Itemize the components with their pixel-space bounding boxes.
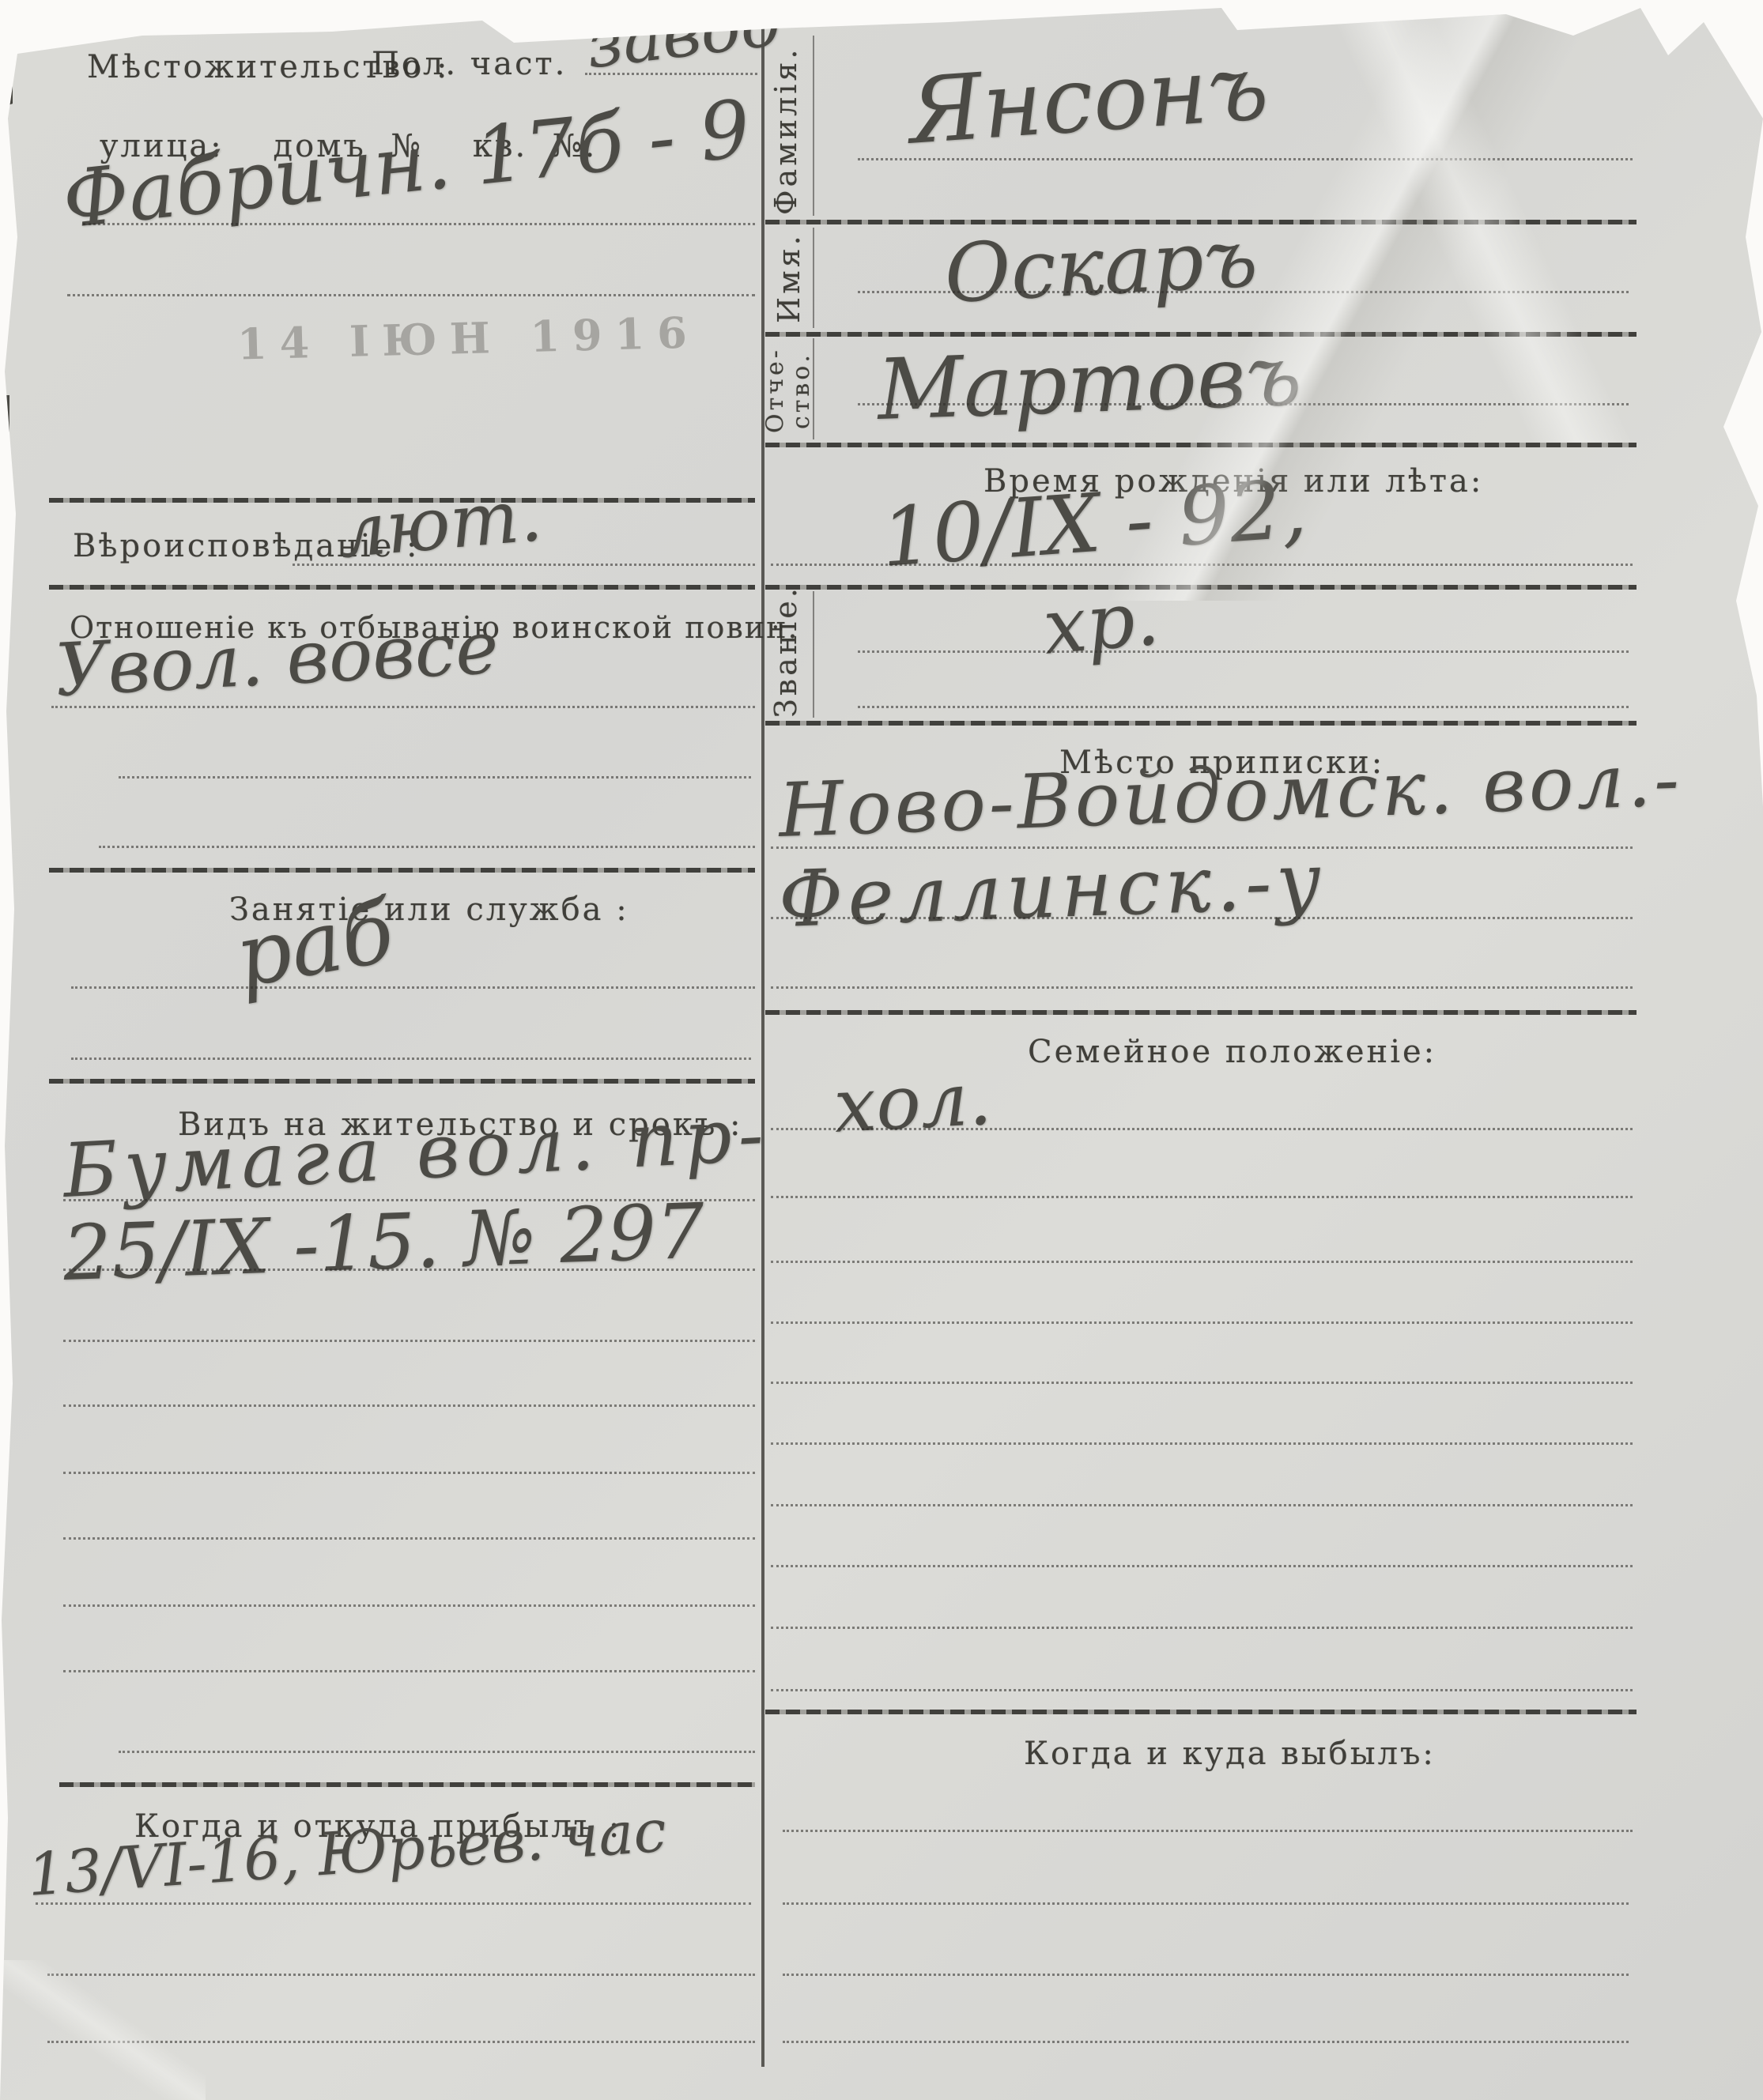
section-divider [59,1782,755,1787]
dotted-line [771,917,1633,919]
dotted-line [771,1504,1633,1506]
dotted-line [771,986,1633,989]
section-divider [765,443,1637,447]
dotted-line [585,73,757,75]
registration-card-scan: Мѣстожительство : Пол. част. завод улица… [0,0,1763,2100]
dotted-line [771,1196,1633,1198]
dotted-line [71,986,755,989]
column-divider [761,28,764,2067]
dotted-line [858,650,1629,653]
dotted-line [83,223,755,225]
label-rule [813,36,814,216]
dotted-line [63,1537,755,1540]
patronymic-label-line2: ство. [787,338,815,443]
dotted-line [47,1974,755,1976]
dotted-line [36,1902,751,1905]
dotted-line [771,1321,1633,1324]
dotted-line [858,706,1629,708]
dotted-line [67,294,755,296]
date-stamp: 14 ІЮН 1916 [236,307,700,369]
section-divider [49,868,755,873]
edge-tear-mark [0,64,13,108]
dotted-line [47,2041,755,2043]
surname-label: Фамилія. [768,43,803,217]
edge-tear-mark [1,40,24,57]
paper-sheet: Мѣстожительство : Пол. част. завод улица… [0,0,1763,2100]
dotted-line [771,1565,1633,1567]
dotted-line [63,1269,755,1271]
label-rule [813,591,814,718]
dotted-line [858,158,1633,160]
dotted-line [771,1442,1633,1445]
surname-value: Янсонъ [905,34,1271,164]
section-divider [49,585,755,590]
dotted-line [783,2041,1629,2043]
label-rule [813,228,814,328]
residence-sublabel: Пол. част. [372,46,567,82]
rank-value: хр. [1040,573,1162,671]
dotted-line [783,1902,1629,1905]
dotted-line [293,564,755,566]
dotted-line [119,776,751,779]
dotted-line [858,291,1629,293]
label-rule [813,338,814,439]
dotted-line [51,706,755,708]
edge-tear-mark [0,231,8,288]
dotted-line [771,1128,1633,1130]
dotted-line [783,1974,1629,1976]
patronymic-label-line1: Отче- [761,338,789,443]
departed-label: Когда и куда выбылъ: [1024,1736,1436,1772]
section-divider [765,1710,1637,1714]
registration-value-line2: Феллинск.-у [777,836,1327,945]
religion-value: лют. [336,473,545,575]
dotted-line [63,1472,755,1474]
edge-tear-mark [0,395,9,441]
dotted-line [63,1404,755,1407]
residence-value: завод [582,0,787,84]
dotted-line [63,1340,755,1342]
dotted-line [771,1261,1633,1263]
dotted-line [119,1751,755,1753]
dotted-line [63,1604,755,1607]
name-label: Имя. [772,231,806,326]
name-value: Оскаръ [942,211,1259,322]
dotted-line [783,1830,1633,1832]
section-divider [765,1010,1637,1015]
street-value: Фабричн. 17б - 9 [59,82,754,247]
dotted-line [858,403,1629,405]
dotted-line [771,1689,1633,1691]
dotted-line [771,1627,1633,1629]
dotted-line [71,1058,751,1060]
section-divider [765,721,1637,726]
dotted-line [771,564,1633,566]
rank-label: Званіе. [768,591,803,718]
crease-mark [0,1960,206,2100]
section-divider [765,585,1637,590]
registration-value-line1: Ново-Войдомск. вол.- [777,737,1683,854]
family-value: хол. [832,1056,994,1150]
section-divider [49,1079,755,1084]
dotted-line [99,846,755,848]
family-label: Семейное положеніе: [1028,1034,1436,1070]
patronymic-value: Мартовъ [876,326,1303,439]
birth-value: 10/IX - 92, [878,462,1310,586]
dotted-line [771,1382,1633,1384]
dotted-line [63,1670,755,1672]
